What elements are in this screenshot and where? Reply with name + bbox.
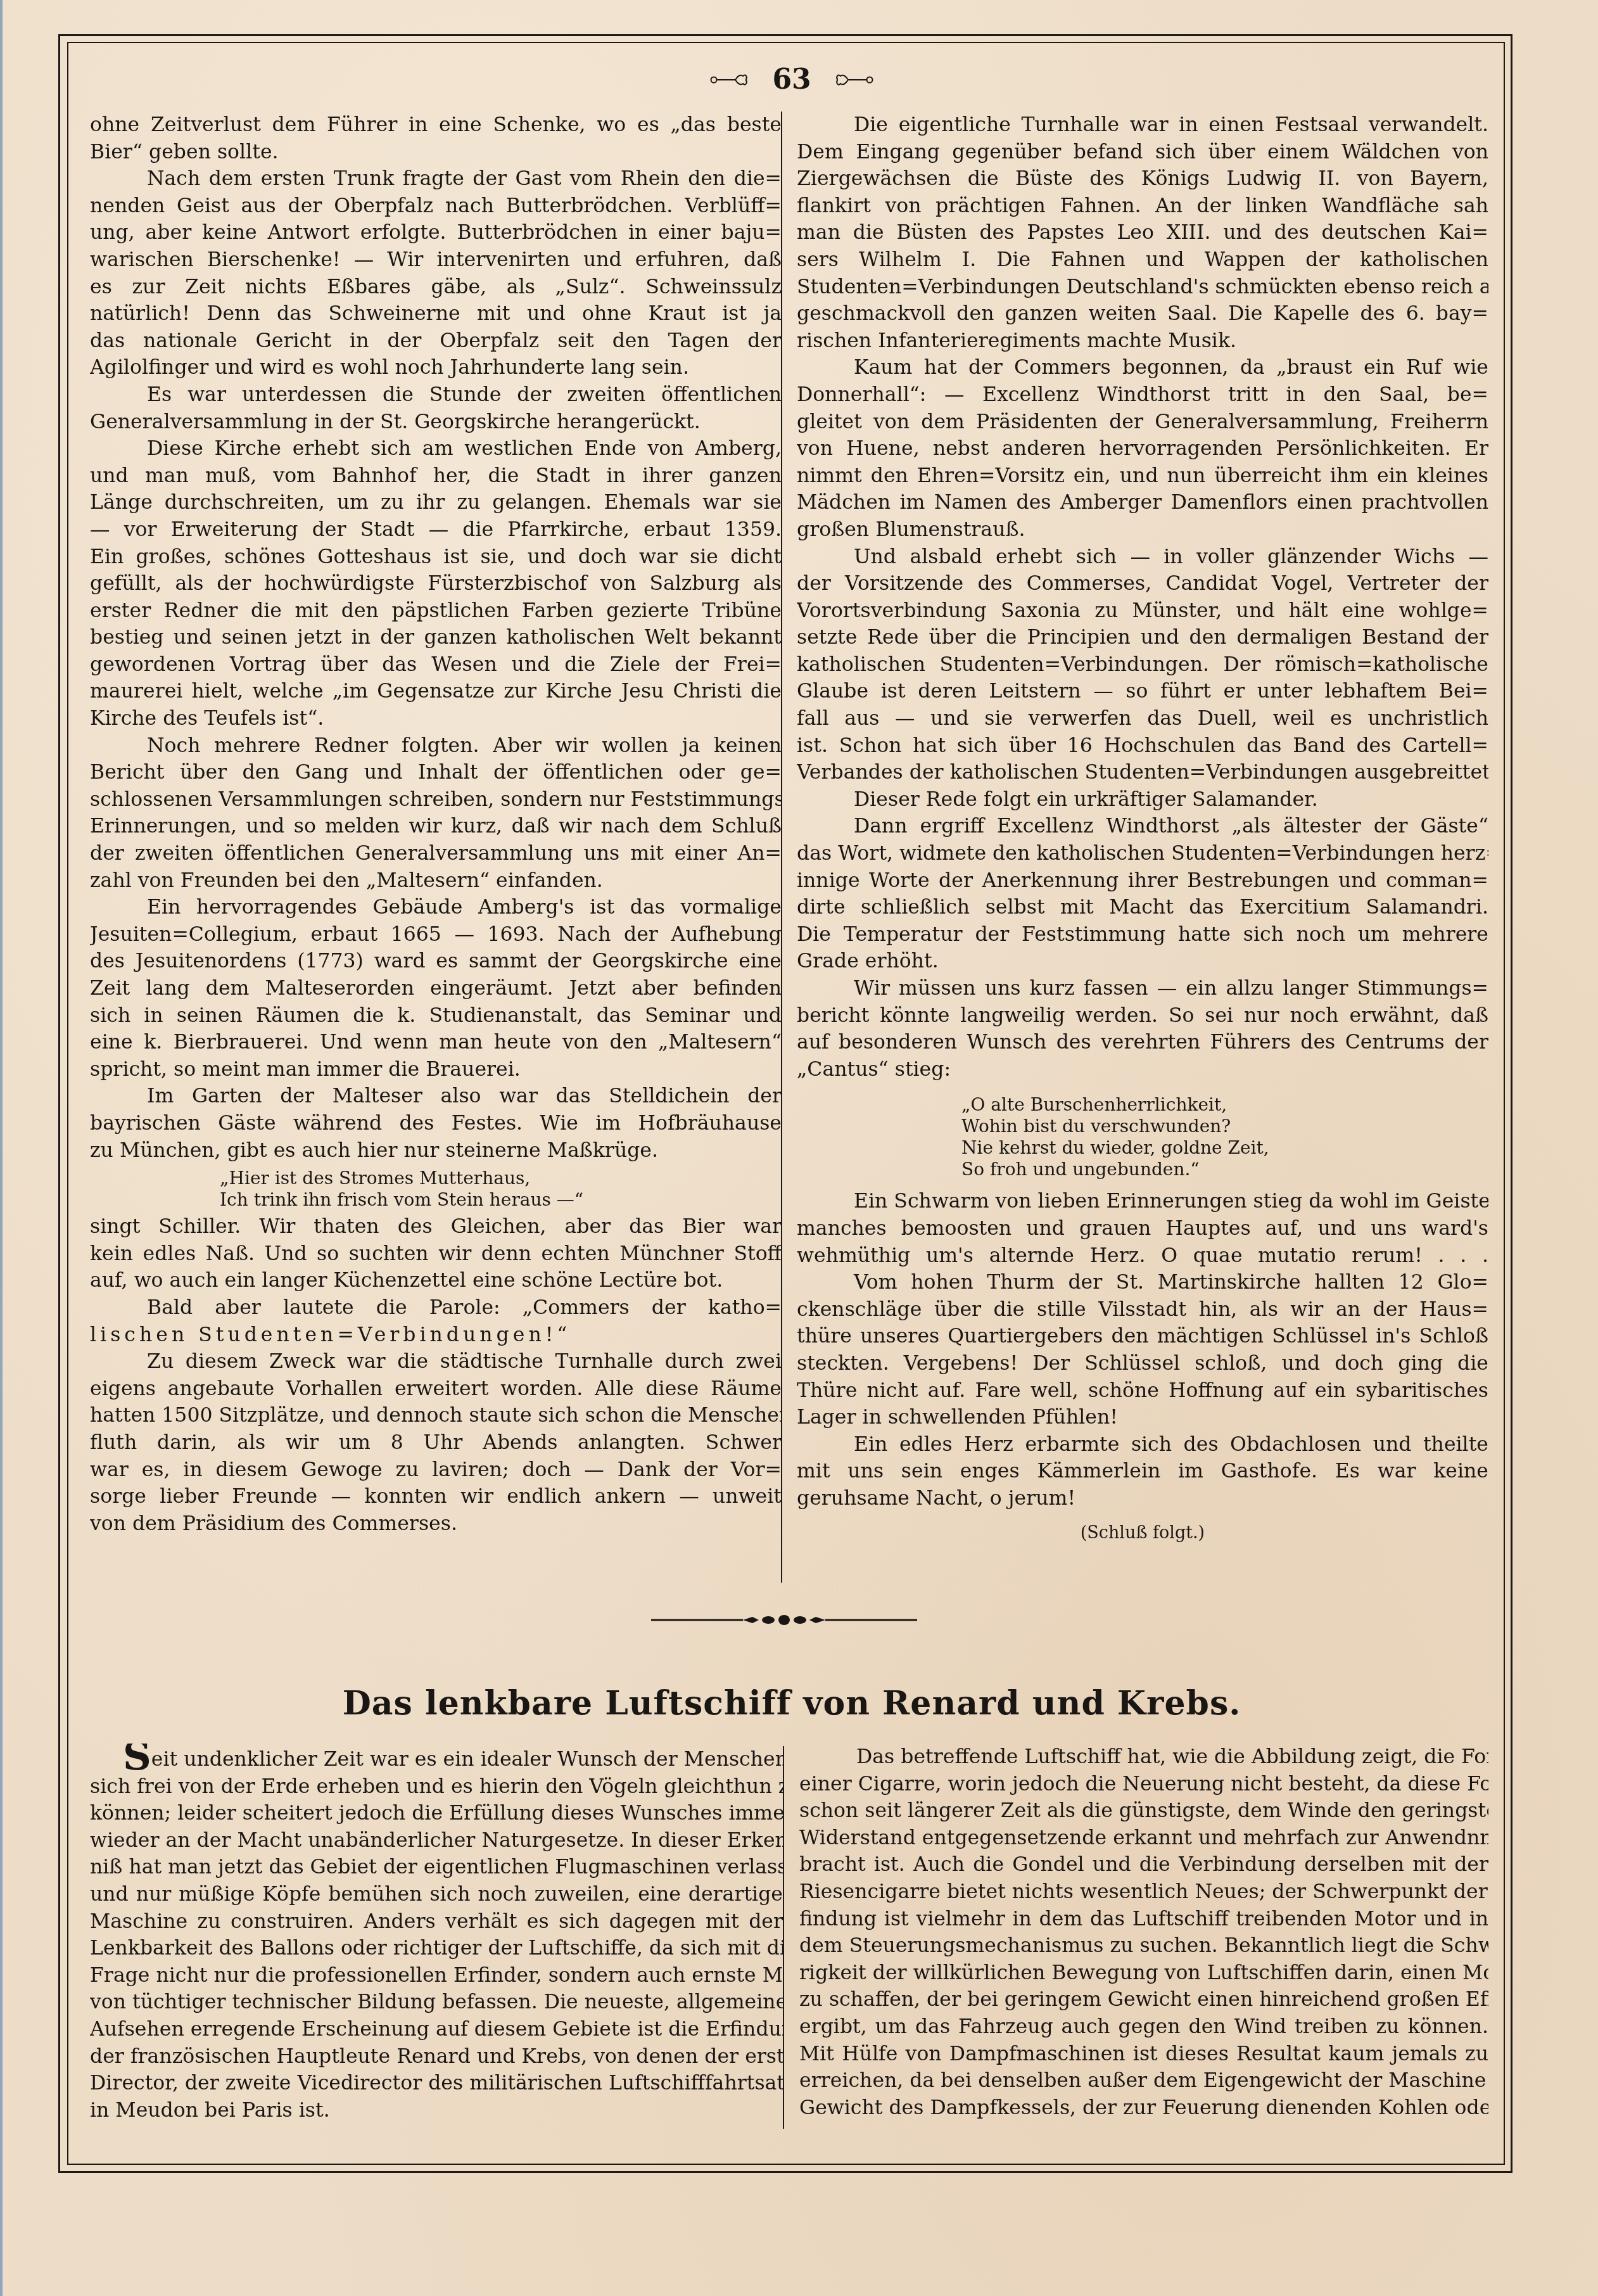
text-line: sers Wilhelm I. Die Fahnen und Wappen de…	[797, 246, 1488, 274]
text-line: geschmackvoll den ganzen weiten Saal. Di…	[797, 300, 1488, 328]
text-line: warischen Bierschenke! — Wir intervenirt…	[90, 246, 782, 274]
text-line: Nach dem ersten Trunk fragte der Gast vo…	[90, 165, 782, 193]
text-line: von Huene, nebst anderen hervorragenden …	[797, 435, 1488, 462]
text-line: natürlich! Denn das Schweinerne mit und …	[90, 300, 782, 328]
text-line: war es, in diesem Gewoge zu laviren; doc…	[90, 1457, 782, 1484]
drop-cap: S	[123, 1744, 151, 1773]
text-line: Generalversammlung in der St. Georgskirc…	[90, 409, 782, 436]
text-line: schon seit längerer Zeit als die günstig…	[799, 1797, 1488, 1825]
text-line: der zweiten öffentlichen Generalversamml…	[90, 840, 782, 867]
text-line: Wir müssen uns kurz fassen — ein allzu l…	[797, 975, 1488, 1002]
text-line: zu schaffen, der bei geringem Gewicht ei…	[799, 1986, 1488, 2013]
text-line: dirte schließlich selbst mit Macht das E…	[797, 894, 1488, 921]
text-line: Zu diesem Zweck war die städtische Turnh…	[90, 1348, 782, 1375]
text-line: ung, aber keine Antwort erfolgte. Butter…	[90, 219, 782, 246]
text-line: erreichen, da bei denselben außer dem Ei…	[799, 2067, 1488, 2095]
text-line: bestieg und seinen jetzt in der ganzen k…	[90, 624, 782, 651]
text-block: singt Schiller. Wir thaten des Gleichen,…	[90, 1213, 782, 1537]
text-line: Dieser Rede folgt ein urkräftiger Salama…	[797, 786, 1488, 813]
article2-left-column: Seit undenklicher Zeit war es ein ideale…	[90, 1744, 783, 2124]
text-line: bericht könnte langweilig werden. So sei…	[797, 1002, 1488, 1030]
text-line: manches bemoosten und grauen Hauptes auf…	[797, 1215, 1488, 1242]
text-line: Donnerhall“: — Excellenz Windthorst trit…	[797, 381, 1488, 409]
text-line: der französischen Hauptleute Renard und …	[90, 2043, 783, 2070]
text-line: sich frei von der Erde erheben und es hi…	[90, 1773, 783, 1801]
text-line: Gewicht des Dampfkessels, der zur Feueru…	[799, 2095, 1488, 2122]
text-line: Im Garten der Malteser also war das Stel…	[90, 1083, 782, 1110]
text-block: Die eigentliche Turnhalle war in einen F…	[797, 112, 1488, 1083]
schiller-verse: „Hier ist des Stromes Mutterhaus, Ich tr…	[90, 1168, 782, 1211]
text-line: eigens angebaute Vorhallen erweitert wor…	[90, 1375, 782, 1403]
column-rule	[783, 1746, 784, 2129]
scan-edge	[0, 0, 3, 2296]
text-line: Dem Eingang gegenüber befand sich über e…	[797, 139, 1488, 166]
text-line: Grade erhöht.	[797, 948, 1488, 975]
text-line: Und alsbald erhebt sich — in voller glän…	[797, 544, 1488, 571]
text-line: Frage nicht nur die professionellen Erfi…	[90, 1962, 783, 1989]
text-line: gewordenen Vortrag über das Wesen und di…	[90, 651, 782, 679]
text-line: Agilolfinger und wird es wohl noch Jahrh…	[90, 354, 782, 381]
text-line: und man muß, vom Bahnhof her, die Stadt …	[90, 462, 782, 490]
text-line: Vorortsverbindung Saxonia zu Münster, un…	[797, 597, 1488, 625]
text-block: Ein Schwarm von lieben Erinnerungen stie…	[797, 1188, 1488, 1512]
article2-right-column: Das betreffende Luftschiff hat, wie die …	[799, 1744, 1488, 2121]
text-line: schlossenen Versammlungen schreiben, son…	[90, 786, 782, 813]
text-line: niß hat man jetzt das Gebiet der eigentl…	[90, 1854, 783, 1881]
text-block: ohne Zeitverlust dem Führer in eine Sche…	[90, 112, 782, 1164]
text-line: ohne Zeitverlust dem Führer in eine Sche…	[90, 112, 782, 139]
verse-line: So froh und ungebunden.“	[961, 1159, 1488, 1180]
text-line: Studenten=Verbindungen Deutschland's sch…	[797, 274, 1488, 301]
text-line: Mädchen im Namen des Amberger Damenflors…	[797, 489, 1488, 516]
text-line: innige Worte der Anerkennung ihrer Bestr…	[797, 867, 1488, 895]
column-rule	[781, 112, 782, 1583]
text-line: Es war unterdessen die Stunde der zweite…	[90, 381, 782, 409]
text-line: in Meudon bei Paris ist.	[90, 2097, 783, 2124]
text-line: Ein hervorragendes Gebäude Amberg's ist …	[90, 894, 782, 921]
text-line: erster Redner die mit den päpstlichen Fa…	[90, 597, 782, 625]
text-line: Ein großes, schönes Gotteshaus ist sie, …	[90, 544, 782, 571]
ornament-right-icon	[833, 71, 873, 89]
text-line: ergibt, um das Fahrzeug auch gegen den W…	[799, 2013, 1488, 2041]
text-line: eine k. Bierbrauerei. Und wenn man heute…	[90, 1029, 782, 1056]
text-line: thüre unseres Quartiergebers den mächtig…	[797, 1323, 1488, 1350]
text-line: es zur Zeit nichts Eßbares gäbe, als „Su…	[90, 274, 782, 301]
article-headline: Das lenkbare Luftschiff von Renard und K…	[127, 1684, 1457, 1723]
text-line: Aufsehen erregende Erscheinung auf diese…	[90, 2016, 783, 2043]
text-line: zahl von Freunden bei den „Maltesern“ ei…	[90, 867, 782, 895]
text-line: man die Büsten des Papstes Leo XIII. und…	[797, 219, 1488, 246]
text-line: — vor Erweiterung der Stadt — die Pfarrk…	[90, 516, 782, 544]
text-line: Ziergewächsen die Büste des Königs Ludwi…	[797, 165, 1488, 193]
text-line: Ein edles Herz erbarmte sich des Obdachl…	[797, 1431, 1488, 1458]
text-line: Glaube ist deren Leitstern — so führt er…	[797, 678, 1488, 705]
verse-line: Ich trink ihn frisch vom Stein heraus —“	[220, 1189, 782, 1211]
text-line: Bier“ geben sollte.	[90, 139, 782, 166]
verse-line: „Hier ist des Stromes Mutterhaus,	[220, 1168, 782, 1189]
text-line: auf, wo auch ein langer Küchenzettel ein…	[90, 1267, 782, 1294]
text-line: bayrischen Gäste während des Festes. Wie…	[90, 1110, 782, 1137]
text-line: Noch mehrere Redner folgten. Aber wir wo…	[90, 732, 782, 760]
text-line: und nur müßige Köpfe bemühen sich noch z…	[90, 1881, 783, 1908]
page-folio: 63	[665, 61, 918, 99]
text-line: Die Temperatur der Feststimmung hatte si…	[797, 921, 1488, 948]
text-line: sich in seinen Räumen die k. Studienanst…	[90, 1002, 782, 1030]
page-number: 63	[772, 66, 811, 94]
verse-line: Wohin bist du verschwunden?	[961, 1116, 1488, 1137]
text-line: zu München, gibt es auch hier nur steine…	[90, 1137, 782, 1164]
text-line: gefüllt, als der hochwürdigste Fürsterzb…	[90, 570, 782, 597]
ornamental-rule-icon	[651, 1614, 917, 1626]
text-line-rest: eit undenklicher Zeit war es ein idealer…	[151, 1748, 783, 1771]
continued-note: (Schluß folgt.)	[797, 1520, 1488, 1547]
text-line: einer Cigarre, worin jedoch die Neuerung…	[799, 1771, 1488, 1798]
text-line: findung ist vielmehr in dem das Luftschi…	[799, 1906, 1488, 1933]
article1-right-column: Die eigentliche Turnhalle war in einen F…	[797, 112, 1488, 1547]
text-line: sorge lieber Freunde — konnten wir endli…	[90, 1483, 782, 1510]
text-line: Kirche des Teufels ist“.	[90, 705, 782, 732]
text-line: können; leider scheitert jedoch die Erfü…	[90, 1800, 783, 1827]
text-line: geruhsame Nacht, o jerum!	[797, 1485, 1488, 1512]
text-line: Das betreffende Luftschiff hat, wie die …	[799, 1744, 1488, 1771]
text-line: Jesuiten=Collegium, erbaut 1665 — 1693. …	[90, 921, 782, 948]
text-line: Riesencigarre bietet nichts wesentlich N…	[799, 1878, 1488, 1906]
text-line: Lenkbarkeit des Ballons oder richtiger d…	[90, 1935, 783, 1962]
text-line: das nationale Gericht in der Oberpfalz s…	[90, 328, 782, 355]
text-line: gleitet von dem Präsidenten der Generalv…	[797, 409, 1488, 436]
text-line: Ein Schwarm von lieben Erinnerungen stie…	[797, 1188, 1488, 1215]
text-line: Erinnerungen, und so melden wir kurz, da…	[90, 813, 782, 840]
ornament-left-icon	[710, 71, 751, 89]
text-line: Länge durchschreiten, um zu ihr zu gelan…	[90, 489, 782, 516]
text-line: des Jesuitenordens (1773) ward es sammt …	[90, 948, 782, 975]
text-line: großen Blumenstrauß.	[797, 516, 1488, 544]
text-line: spricht, so meint man immer die Brauerei…	[90, 1056, 782, 1083]
text-line: auf besonderen Wunsch des verehrten Führ…	[797, 1029, 1488, 1056]
verse-line: Nie kehrst du wieder, goldne Zeit,	[961, 1137, 1488, 1159]
text-line: maurerei hielt, welche „im Gegensatze zu…	[90, 678, 782, 705]
text-line: Dann ergriff Excellenz Windthorst „als ä…	[797, 813, 1488, 840]
text-line: dem Steuerungsmechanismus zu suchen. Bek…	[799, 1932, 1488, 1960]
text-line: mit uns sein enges Kämmerlein im Gasthof…	[797, 1458, 1488, 1485]
text-line: Mit Hülfe von Dampfmaschinen ist dieses …	[799, 2041, 1488, 2068]
text-line: „Cantus“ stieg:	[797, 1056, 1488, 1083]
text-line: von dem Präsidium des Commerses.	[90, 1510, 782, 1538]
text-line: wieder an der Macht unabänderlicher Natu…	[90, 1827, 783, 1854]
text-line: rischen Infanterieregiments machte Musik…	[797, 328, 1488, 355]
text-line: Seit undenklicher Zeit war es ein ideale…	[90, 1744, 783, 1773]
text-line: von tüchtiger technischer Bildung befass…	[90, 1989, 783, 2016]
text-line: Kaum hat der Commers begonnen, da „braus…	[797, 354, 1488, 381]
text-line: Thüre nicht auf. Fare well, schöne Hoffn…	[797, 1377, 1488, 1405]
text-line: lischen Studenten=Verbindungen!“	[90, 1322, 782, 1349]
text-line: Verbandes der katholischen Studenten=Ver…	[797, 759, 1488, 786]
text-line: nenden Geist aus der Oberpfalz nach Butt…	[90, 193, 782, 220]
text-line: Vom hohen Thurm der St. Martinskirche ha…	[797, 1269, 1488, 1296]
text-line: singt Schiller. Wir thaten des Gleichen,…	[90, 1213, 782, 1240]
cantus-verse: „O alte Burschenherrlichkeit, Wohin bist…	[797, 1094, 1488, 1180]
text-line: ist. Schon hat sich über 16 Hochschulen …	[797, 732, 1488, 760]
text-line: der Vorsitzende des Commerses, Candidat …	[797, 570, 1488, 597]
text-line: fall aus — und sie verwerfen das Duell, …	[797, 705, 1488, 732]
article1-left-column: ohne Zeitverlust dem Führer in eine Sche…	[90, 112, 782, 1537]
text-line: hatten 1500 Sitzplätze, und dennoch stau…	[90, 1402, 782, 1429]
text-line: Bericht über den Gang und Inhalt der öff…	[90, 759, 782, 786]
text-line: fluth darin, als wir um 8 Uhr Abends anl…	[90, 1429, 782, 1457]
text-line: setzte Rede über die Principien und den …	[797, 624, 1488, 651]
text-line: rigkeit der willkürlichen Bewegung von L…	[799, 1960, 1488, 1987]
text-line: Zeit lang dem Malteserorden eingeräumt. …	[90, 975, 782, 1002]
text-line: steckten. Vergebens! Der Schlüssel schlo…	[797, 1350, 1488, 1377]
text-line: Die eigentliche Turnhalle war in einen F…	[797, 112, 1488, 139]
text-line: wehmüthig um's alternde Herz. O quae mut…	[797, 1242, 1488, 1270]
text-line: katholischen Studenten=Verbindungen. Der…	[797, 651, 1488, 679]
text-line: Lager in schwellenden Pfühlen!	[797, 1404, 1488, 1431]
text-line: das Wort, widmete den katholischen Stude…	[797, 840, 1488, 867]
verse-line: „O alte Burschenherrlichkeit,	[961, 1094, 1488, 1116]
text-line: Bald aber lautete die Parole: „Commers d…	[90, 1294, 782, 1322]
text-line: ckenschläge über die stille Vilsstadt hi…	[797, 1296, 1488, 1323]
text-line: Diese Kirche erhebt sich am westlichen E…	[90, 435, 782, 462]
text-line: nimmt den Ehren=Vorsitz ein, und nun übe…	[797, 462, 1488, 490]
text-line: flankirt von prächtigen Fahnen. An der l…	[797, 193, 1488, 220]
text-line: kein edles Naß. Und so suchten wir denn …	[90, 1240, 782, 1268]
text-line: Director, der zweite Vicedirector des mi…	[90, 2070, 783, 2097]
text-line: Maschine zu construiren. Anders verhält …	[90, 1908, 783, 1936]
text-line: bracht ist. Auch die Gondel und die Verb…	[799, 1851, 1488, 1878]
text-line: Widerstand entgegensetzende erkannt und …	[799, 1825, 1488, 1852]
